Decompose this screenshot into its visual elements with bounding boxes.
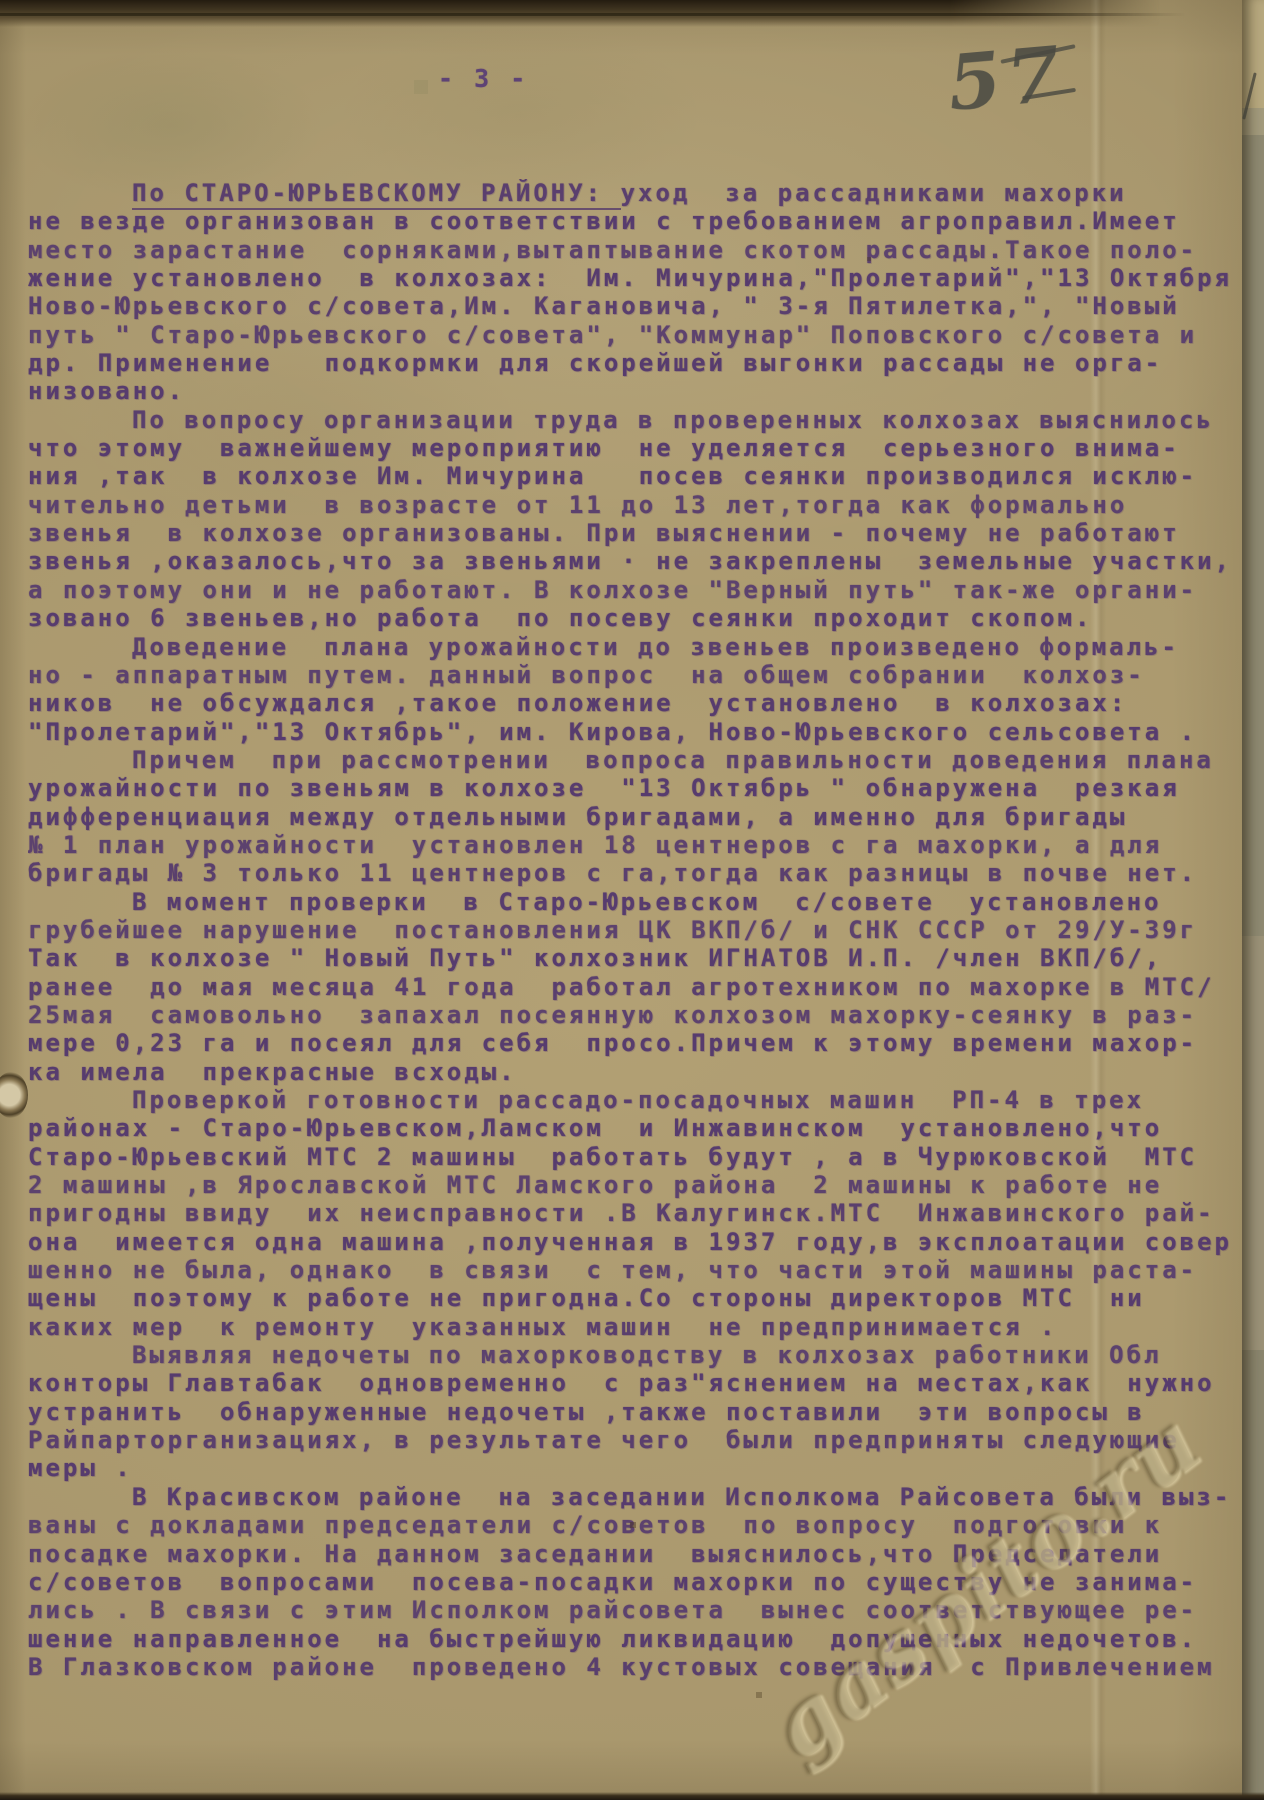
text-line: чительно детьми в возрасте от 11 до 13 л… <box>28 491 1238 519</box>
text-line: В момент проверки в Старо-Юрьевском с/со… <box>28 888 1238 916</box>
text-line: шение направленное на быстрейшую ликвида… <box>28 1625 1238 1653</box>
text-line: мере 0,23 га и посеял для себя просо.При… <box>28 1029 1238 1057</box>
text-line: ранее до мая месяца 41 года работал агро… <box>28 973 1238 1001</box>
text-line: звенья ,оказалось,что за звеньями · не з… <box>28 547 1238 575</box>
text-line: Райпарторганизациях, в результате чего б… <box>28 1426 1238 1454</box>
text-line: шенно не была, однако в связи с тем, что… <box>28 1256 1238 1284</box>
text-line: с/советов вопросами посева-посадки махор… <box>28 1568 1238 1596</box>
text-line: пригодны ввиду их неисправности .В Калуг… <box>28 1199 1238 1227</box>
text-line: низовано. <box>28 377 1238 405</box>
text-line: жение установлено в колхозах: Им. Мичури… <box>28 264 1238 292</box>
archival-document-scan: - 3 - 57 По СТАРО-ЮРЬЕВСКОМУ РАЙОНУ: ухо… <box>0 0 1264 1800</box>
text-line: № 1 план урожайности установлен 18 центн… <box>28 831 1238 859</box>
text-line: 2 машины ,в Ярославской МТС Ламского рай… <box>28 1171 1238 1199</box>
text-line: лись . В связи с этим Исполком райсовета… <box>28 1596 1238 1624</box>
text-line: урожайности по звеньям в колхозе "13 Окт… <box>28 774 1238 802</box>
text-line: меры . <box>28 1454 1238 1482</box>
text-line: районах - Старо-Юрьевском,Ламском и Инжа… <box>28 1114 1238 1142</box>
text-line: путь " Старо-Юрьевского с/совета", "Комм… <box>28 321 1238 349</box>
text-line: щены поэтому к работе не пригодна.Со сто… <box>28 1284 1238 1312</box>
text-line: конторы Главтабак одновременно с раз"ясн… <box>28 1369 1238 1397</box>
text-line: ваны с докладами председатели с/советов … <box>28 1511 1238 1539</box>
text-line: посадке махорки. На данном заседании выя… <box>28 1540 1238 1568</box>
text-line: а поэтому они и не работают. В колхозе "… <box>28 576 1238 604</box>
text-line: По вопросу организации труда в проверенн… <box>28 406 1238 434</box>
text-line: Доведение плана урожайности до звеньев п… <box>28 633 1238 661</box>
text-line: В Глазковском районе проведено 4 кустовы… <box>28 1653 1238 1681</box>
text-line: каких мер к ремонту указанных машин не п… <box>28 1313 1238 1341</box>
text-line: что этому важнейшему мероприятию не удел… <box>28 434 1238 462</box>
page-number: - 3 - <box>438 64 528 93</box>
text-line: В Красивском районе на заседании Исполко… <box>28 1483 1238 1511</box>
text-line: ников не обсуждался ,такое положение уст… <box>28 689 1238 717</box>
text-line: Выявляя недочеты по махорководству в кол… <box>28 1341 1238 1369</box>
text-line: но - аппаратным путем. данный вопрос на … <box>28 661 1238 689</box>
page-bottom-edge <box>0 1792 1264 1800</box>
text-line: звенья в колхозе организованы. При выясн… <box>28 519 1238 547</box>
text-line: дифференциация между отдельными бригадам… <box>28 803 1238 831</box>
section-heading: По СТАРО-ЮРЬЕВСКОМУ РАЙОНУ: <box>132 179 621 210</box>
page-top-seam <box>0 13 1185 16</box>
text-line: она имеется одна машина ,полученная в 19… <box>28 1228 1238 1256</box>
text-line: ния ,так в колхозе Им. Мичурина посев се… <box>28 462 1238 490</box>
text-line: "Пролетарий","13 Октябрь", им. Кирова, Н… <box>28 718 1238 746</box>
text-line: 25мая самовольно запахал посеянную колхо… <box>28 1001 1238 1029</box>
text-line: Старо-Юрьевский МТС 2 машины работать бу… <box>28 1143 1238 1171</box>
text-line: Так в колхозе " Новый Путь" колхозник ИГ… <box>28 944 1238 972</box>
text-line: Ново-Юрьевского с/совета,Им. Кагановича,… <box>28 292 1238 320</box>
text-line: По СТАРО-ЮРЬЕВСКОМУ РАЙОНУ: уход за расс… <box>28 179 1238 207</box>
text-line: Проверкой готовности рассадо-посадочных … <box>28 1086 1238 1114</box>
text-line: Причем при рассмотрении вопроса правильн… <box>28 746 1238 774</box>
text-line: не везде организован в соответствии с тр… <box>28 207 1238 235</box>
adjacent-page-edge <box>1242 0 1264 1800</box>
handwritten-folio-number: 57 <box>944 29 1069 128</box>
text-line: ка имела прекрасные всходы. <box>28 1058 1238 1086</box>
text-line: др. Применение подкормки для скорейшей в… <box>28 349 1238 377</box>
typewritten-text: По СТАРО-ЮРЬЕВСКОМУ РАЙОНУ: уход за расс… <box>28 179 1238 1681</box>
text-line: зовано 6 звеньев,но работа по посеву сея… <box>28 604 1238 632</box>
text-line: устранить обнаруженные недочеты ,также п… <box>28 1398 1238 1426</box>
text-line: место зарастание сорняками,вытаптывание … <box>28 236 1238 264</box>
text-line: грубейшее нарушение постановления ЦК ВКП… <box>28 916 1238 944</box>
text-line: бригады № 3 только 11 центнеров с га,тог… <box>28 859 1238 887</box>
